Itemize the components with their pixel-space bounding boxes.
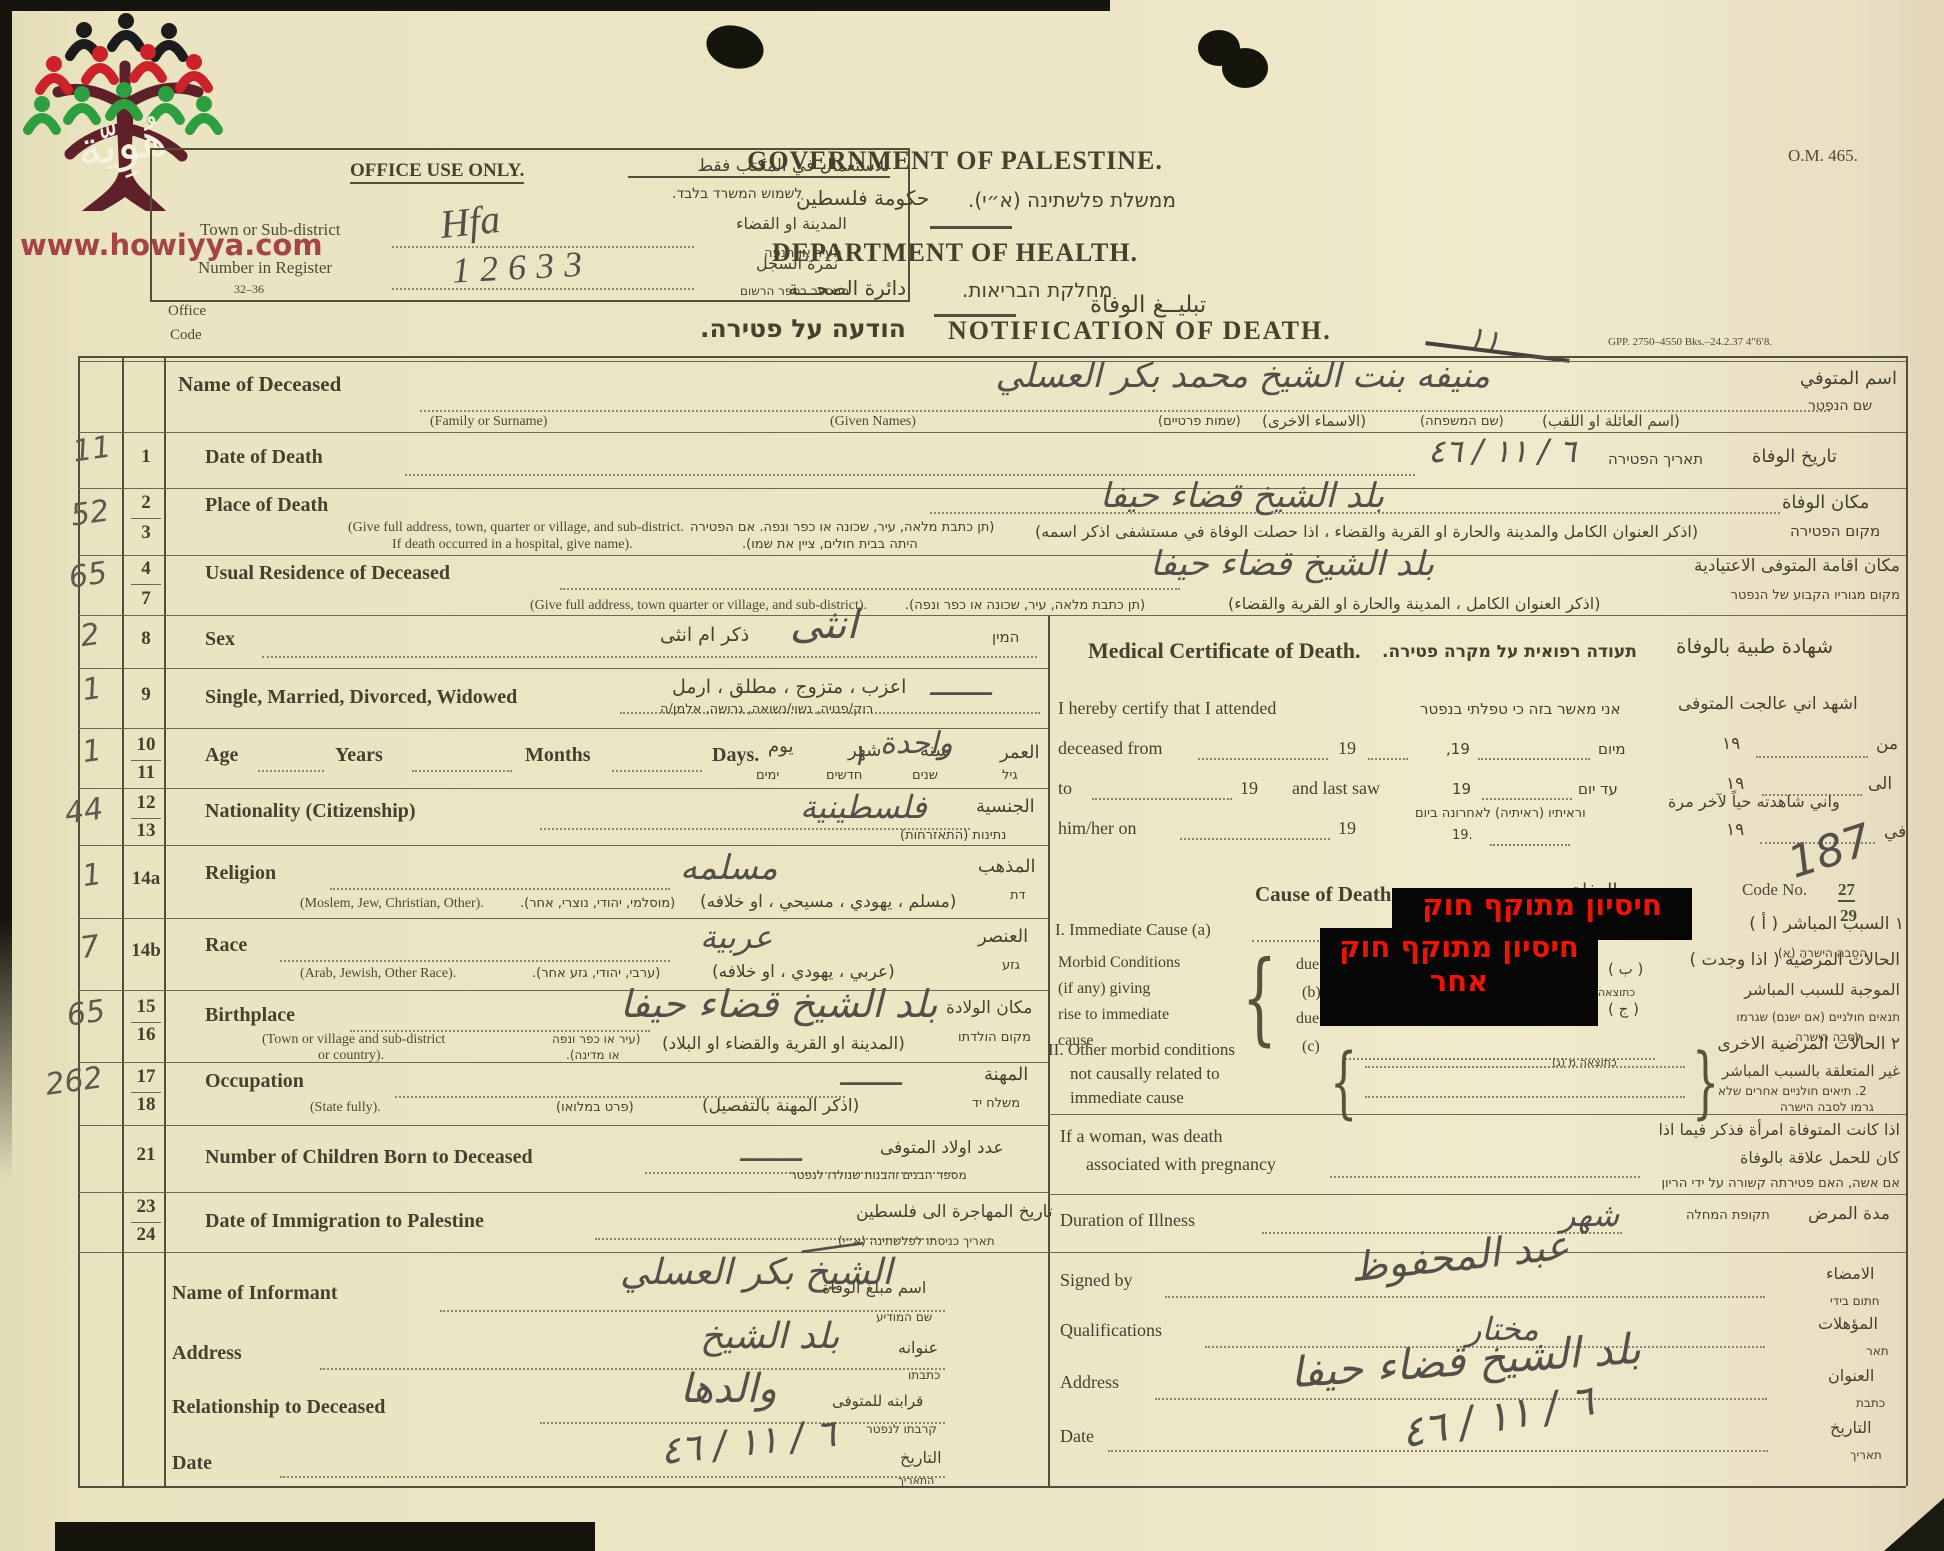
medical-year-he: 19, (1446, 740, 1470, 758)
name-sub-given-he: (שמות פרטיים) (1158, 414, 1241, 429)
num-divider (131, 760, 161, 761)
date-of-death-label: Date of Death (205, 446, 323, 469)
other-morbid-ar: ٢ الحالات المرضية الاخرى (1700, 1034, 1900, 1054)
doctor-date-he: תאריך (1850, 1448, 1882, 1462)
office-code-value: 2 (56, 614, 124, 658)
signed-by-he: חתום בידי (1830, 1294, 1880, 1308)
office-code-label-1: Office (168, 303, 206, 320)
sex-line (262, 656, 1037, 658)
office-code-value: 65 (54, 554, 122, 598)
row-number: 8 (128, 628, 164, 650)
doctor-date-ar: التاريخ (1830, 1418, 1872, 1437)
row-number: 11 (128, 762, 164, 784)
town-value: Hfa (438, 195, 503, 248)
morbid-he: תנאים חולניים (אם ישנם) שגרמו (1640, 1010, 1900, 1024)
row-line (78, 488, 1906, 489)
name-sub-other-ar: (الاسماء الاخرى) (1262, 412, 1366, 430)
gpp-print-code: GPP. 2750–4550 Bks.–24.2.37 4″6′8. (1608, 336, 1772, 348)
medical-from-ar: من (1876, 734, 1898, 754)
office-code-value: 52 (56, 492, 124, 536)
cause-result-he: כתוצאה (1598, 986, 1635, 999)
row-number: 9 (128, 684, 164, 706)
informant-address-value: بلد الشيخ (700, 1316, 839, 1357)
pregnancy-ar: كان للحمل علاقة بالوفاة (1700, 1148, 1900, 1167)
punch-hole (1222, 48, 1268, 88)
immigration-label: Date of Immigration to Palestine (205, 1210, 484, 1233)
gov-title: GOVERNMENT OF PALESTINE. (625, 146, 1285, 176)
sex-value: انثى (790, 602, 858, 648)
birthplace-sub-he: (עיר או כפר ונפה (552, 1032, 640, 1046)
num-divider (131, 1092, 161, 1093)
signed-line (1165, 1296, 1765, 1298)
row-number: 18 (128, 1094, 164, 1116)
row-number: 1 (128, 446, 164, 468)
office-code-value: 1 (58, 730, 126, 774)
immediate-cause-label: I. Immediate Cause (a) (1055, 920, 1211, 940)
medical-to-he: עד יום (1578, 780, 1618, 798)
birthplace-sub-he: או מדינה). (566, 1048, 620, 1062)
register-value: 12633 (451, 242, 593, 291)
informant-name-label: Name of Informant (172, 1282, 338, 1305)
place-sub-ar: (اذكر العنوان الكامل والمدينة والحارة او… (1035, 522, 1698, 541)
birthplace-label-ar: مكان الولادة (946, 998, 1032, 1018)
morbid-label: (if any) giving (1058, 980, 1150, 998)
register-line (392, 288, 694, 290)
religion-sub-ar: (مسلم ، يهودي ، مسيحي ، او خلافه) (700, 892, 956, 912)
medical-fi-ar: في (1884, 822, 1906, 842)
header-divider (930, 226, 1012, 229)
signed-by-label: Signed by (1060, 1270, 1133, 1291)
birthplace-sub-ar: (المدينة او القرية والقضاء او البلاد) (662, 1034, 905, 1054)
relationship-label: Relationship to Deceased (172, 1396, 385, 1419)
row-number: 12 (128, 792, 164, 814)
brace-glyph: } (1692, 1044, 1719, 1122)
row-number: 24 (128, 1224, 164, 1246)
religion-sub-en: (Moslem, Jew, Christian, Other). (300, 896, 484, 912)
num-divider (131, 584, 161, 585)
age-days-ar: يوم (768, 736, 793, 757)
medical-year: 19 (1338, 818, 1356, 839)
medical-lastsaw-en: and last saw (1292, 778, 1380, 799)
other-morbid-he: 2. תיאים חולניים אחרים שלא (1718, 1084, 1867, 1098)
age-label: Age (205, 744, 238, 767)
town-label: Town or Sub-district (200, 220, 340, 240)
other-morbid-ar: غير المتعلقة بالسبب المباشر (1672, 1062, 1900, 1080)
medical-cert-title-ar: شهادة طبية بالوفاة (1676, 634, 1833, 658)
sex-options-ar: ذكر ام انثى (660, 624, 749, 646)
medical-year-he: .19 (1452, 828, 1473, 843)
age-months-he: חדשים (826, 768, 862, 783)
birthplace-sub-en: or country). (318, 1048, 384, 1064)
brace-glyph: { (1330, 1044, 1357, 1122)
pregnancy-label: associated with pregnancy (1086, 1154, 1276, 1175)
morbid-label: rise to immediate (1058, 1006, 1169, 1024)
race-label-he: גזע (1002, 958, 1020, 973)
informant-name-he: שם המודיע (876, 1310, 932, 1324)
cause-c-ar: ( ج ) (1608, 1000, 1639, 1018)
immediate-cause-ar: ١ السبب المباشر ( أ ) (1712, 914, 1904, 934)
age-years-he: שנים (912, 768, 938, 783)
residence-line (560, 588, 1180, 590)
medical-certify-en: I hereby certify that I attended (1058, 698, 1276, 719)
row-number: 4 (128, 558, 164, 580)
medical-year: 19 (1338, 738, 1356, 759)
row-line (78, 1252, 1048, 1253)
duration-ar: مدة المرض (1808, 1204, 1890, 1224)
other-morbid-label: immediate cause (1070, 1088, 1184, 1108)
town-label-ar: المدينة او القضاء (736, 214, 847, 233)
nationality-label-ar: الجنسية (976, 796, 1035, 817)
cause-code-label: Code No. (1742, 880, 1807, 900)
informant-date-he: התאריך (898, 1474, 934, 1487)
morbid-ar: الموجبة للسبب المباشر (1680, 980, 1900, 999)
row-number: 10 (128, 734, 164, 756)
date-label-ar: تاريخ الوفاة (1752, 446, 1837, 467)
name-sub-family: (Family or Surname) (430, 414, 547, 430)
marital-value: ـــــــ (930, 668, 992, 703)
medical-line (1482, 798, 1572, 800)
informant-address-label: Address (172, 1342, 242, 1365)
age-line (258, 770, 324, 772)
relationship-value: والدها (680, 1366, 777, 1412)
date-label-he: תאריך הפטירה (1608, 450, 1703, 468)
relationship-ar: قرابته للمتوفى (832, 1392, 923, 1410)
row-number: 14b (124, 940, 168, 962)
cause-title: Cause of Death. (1255, 882, 1397, 907)
row-line (78, 615, 1906, 616)
row-number: 23 (128, 1196, 164, 1218)
residence-value: بلد الشيخ قضاء حيفا (1150, 544, 1434, 584)
occupation-label: Occupation (205, 1070, 304, 1093)
other-morbid-label: not causally related to (1070, 1064, 1220, 1084)
qualifications-he: תאר (1866, 1344, 1889, 1358)
table-border (78, 1486, 1906, 1488)
residence-label-ar: مكان اقامة المتوفى الاعتيادية (1636, 556, 1900, 576)
scan-edge-bottom (55, 1522, 595, 1551)
row-number: 2 (128, 492, 164, 514)
name-sub-family-ar: (اسم العائلة او اللقب) (1542, 412, 1680, 430)
medical-line (1490, 844, 1570, 846)
row-line (1048, 1114, 1906, 1115)
children-label-ar: عدد اولاد المتوفى (880, 1138, 1004, 1158)
medical-line (1198, 758, 1328, 760)
dept-title-ar: دائرة الصحـــة (788, 276, 906, 300)
name-sub-family-he: (שם המשפחה) (1420, 414, 1504, 429)
row-number: 21 (128, 1144, 164, 1166)
form-title: NOTIFICATION OF DEATH. (948, 316, 1332, 346)
num-divider (131, 1022, 161, 1023)
medical-cert-title-he: תעודה רפואית על מקרה פטירה. (1382, 642, 1637, 662)
medical-from-en: deceased from (1058, 738, 1162, 759)
informant-date-line (280, 1476, 945, 1478)
dept-title: DEPARTMENT OF HEALTH. (625, 238, 1285, 268)
religion-sub-he: (מוסלמי, יהודי, נוצרי, אחר). (520, 896, 675, 911)
name-label-he: שם הנפטר (1808, 398, 1872, 414)
register-label: Number in Register (198, 258, 332, 278)
sex-label: Sex (205, 628, 235, 651)
medical-from-he: מיום (1598, 740, 1626, 758)
pregnancy-line (1330, 1176, 1640, 1178)
row-line (78, 845, 1048, 846)
medical-cert-title: Medical Certificate of Death. (1088, 638, 1360, 664)
medical-year: 19 (1240, 778, 1258, 799)
office-code-value: 1 (58, 668, 126, 712)
residence-sub-he: (תן כתבת מלאה, עיר, שכונה או כפר ונפה). (905, 598, 1145, 613)
row-line (78, 1062, 1048, 1063)
office-code-value: 7 (56, 926, 124, 970)
qualifications-label: Qualifications (1060, 1320, 1162, 1341)
medical-year-he: 19 (1452, 780, 1471, 798)
occupation-value: ـــــــ (840, 1058, 902, 1093)
row-line (78, 555, 1906, 556)
residence-sub-ar: (اذكر العنوان الكامل ، المدينة والحارة ا… (1228, 594, 1600, 613)
office-code-value: 65 (52, 992, 120, 1036)
immigration-label-ar: تاريخ المهاجرة الى فلسطين (856, 1202, 1053, 1222)
birthplace-label: Birthplace (205, 1004, 295, 1027)
religion-label-ar: المذهب (978, 856, 1036, 877)
nationality-label: Nationality (Citizenship) (205, 800, 416, 823)
place-label-he: מקום הפטירה (1790, 522, 1880, 540)
name-label: Name of Deceased (178, 372, 341, 397)
other-morbid-he: גרמו לסבה הישרה (1780, 1100, 1874, 1114)
children-label-he: מספר הבנים והבנות שנולדו לנפטר (790, 1168, 967, 1182)
table-border (164, 356, 166, 1486)
date-of-death-value: ٦ / ١١ / ٤٦ (1428, 432, 1576, 470)
medical-him-he: וראיתיו (ראיתיה) לאחרונה ביום (1415, 806, 1586, 821)
place-label-ar: مكان الوفاة (1782, 492, 1869, 513)
cause-code-top: 27 (1838, 880, 1855, 902)
redaction-box: חיסיון מתוקף חוק אחר (1320, 928, 1598, 1026)
marital-label: Single, Married, Divorced, Widowed (205, 686, 517, 709)
cause-b-ar: ( ب ) (1608, 960, 1643, 978)
informant-address-line (320, 1368, 945, 1370)
children-label: Number of Children Born to Deceased (205, 1146, 533, 1169)
gov-title-he: ממשלת פלשתינה (א״י). (968, 188, 1176, 212)
nationality-label-he: נתינות (התאזרחות) (900, 828, 1006, 843)
age-months-label: Months (525, 744, 591, 767)
duration-label: Duration of Illness (1060, 1210, 1195, 1231)
row-number: 13 (128, 820, 164, 842)
age-label-he: גיל (1002, 768, 1018, 783)
medical-him-ar: واني شاهدته حياً لآخر مرة (1668, 792, 1840, 811)
num-divider (131, 818, 161, 819)
duration-he: תקופת המחלה (1686, 1208, 1770, 1223)
place-sub-en: If death occurred in a hospital, give na… (392, 537, 633, 553)
medical-certify-ar: اشهد اني عالجت المتوفى (1678, 694, 1858, 714)
age-years-label: Years (335, 744, 383, 767)
form-title-he: הודעה על פטירה. (700, 314, 906, 343)
other-morbid-label: II. Other morbid conditions (1048, 1040, 1235, 1060)
informant-date-label: Date (172, 1452, 212, 1475)
place-sub-en: (Give full address, town, quarter or vil… (348, 520, 684, 536)
gov-title-ar: حكومة فلسطين (796, 186, 929, 210)
medical-year-ar: ١٩ (1726, 774, 1744, 794)
row-line (1048, 1194, 1906, 1195)
informant-date-ar: التاريخ (900, 1448, 942, 1467)
occupation-sub-ar: (اذكر المهنة بالتفصيل) (702, 1096, 859, 1116)
row-number: 16 (128, 1024, 164, 1046)
cause-code-value: 187 (1782, 814, 1878, 888)
place-of-death-label: Place of Death (205, 494, 328, 517)
row-line (78, 668, 1048, 669)
form-title-ar: تبليــغ الوفاة (1090, 292, 1206, 318)
row-line (78, 432, 1906, 433)
office-code-value: 11 (58, 428, 126, 472)
brace-glyph: { (1242, 948, 1277, 1048)
race-label-ar: العنصر (978, 926, 1028, 947)
cause-c-label: (c) (1302, 1038, 1320, 1056)
signed-by-ar: الامضاء (1826, 1264, 1874, 1283)
table-border (1906, 356, 1908, 1486)
nationality-value: فلسطينية (800, 788, 927, 826)
scanned-death-notification-form: هُوِيّة www.howiyya.com OFFICE USE ONLY.… (0, 0, 1944, 1551)
birthplace-value: بلد الشيخ قضاء حيفا (620, 982, 938, 1026)
doctor-address-ar: العنوان (1828, 1366, 1874, 1385)
children-value: ـــــــ (740, 1134, 802, 1169)
informant-name-line (440, 1310, 945, 1312)
medical-line (1756, 756, 1868, 758)
om-number: O.M. 465. (1788, 146, 1858, 166)
medical-him-en: him/her on (1058, 818, 1137, 839)
residence-label: Usual Residence of Deceased (205, 562, 450, 585)
residence-label-he: מקום מגוריו הקבוע של הנפטר (1650, 588, 1900, 603)
marital-options-ar: اعزب ، متزوج ، مطلق ، ارمل (672, 676, 906, 698)
religion-line (330, 888, 670, 890)
row-line (78, 1125, 1048, 1126)
row-line (78, 918, 1048, 919)
office-code-value: 262 (40, 1060, 108, 1104)
scan-corner-bottom-right (1884, 1498, 1944, 1551)
doctor-date-label: Date (1060, 1426, 1094, 1447)
row-number: 14a (124, 868, 168, 890)
name-label-ar: اسم المتوفي (1800, 368, 1897, 389)
age-days-label: Days. (712, 744, 759, 767)
cause-b-label: (b) (1302, 984, 1321, 1002)
register-range: 32–36 (234, 282, 264, 297)
place-of-death-value: بلد الشيخ قضاء حيفا (1100, 476, 1384, 516)
duration-value: شهر (1560, 1196, 1619, 1234)
occupation-label-he: משלח יד (972, 1096, 1020, 1111)
age-line (612, 770, 702, 772)
scan-edge-left (0, 0, 12, 1180)
race-sub-ar: (عربي ، يهودي ، او خلافه) (712, 962, 895, 982)
pregnancy-ar: اذا كانت المتوفاة امرأة فذكر فيما اذا (1650, 1120, 1900, 1139)
other-morbid-line (1365, 1066, 1685, 1068)
row-number: 7 (128, 588, 164, 610)
row-line (78, 1192, 1048, 1193)
doctor-address-he: כתבת (1856, 1396, 1885, 1410)
qualifications-ar: المؤهلات (1818, 1314, 1878, 1333)
informant-date-value: ٦ / ١١ / ٤٦ (658, 1411, 838, 1473)
doctor-address-label: Address (1060, 1372, 1119, 1393)
relationship-he: קרבתו לנפטר (866, 1422, 937, 1436)
office-use-title: OFFICE USE ONLY. (350, 160, 524, 184)
age-line (412, 770, 512, 772)
medical-certify-he: אני מאשר בזה כי טפלתי בנפטר (1420, 700, 1621, 718)
informant-name-ar: اسم مبلغ الوفاة (822, 1278, 926, 1297)
name-value: منيفه بنت الشيخ محمد بكر العسلي (930, 356, 1490, 396)
office-code-label-2: Code (170, 327, 202, 344)
race-line (280, 960, 670, 962)
morbid-ar: الحالات المرضية ( اذا وجدت ) (1660, 950, 1900, 970)
num-divider (131, 518, 161, 519)
punch-hole (702, 19, 769, 75)
num-divider (131, 1222, 161, 1223)
religion-value: مسلمه (680, 848, 778, 888)
religion-label: Religion (205, 862, 276, 885)
marital-options-he: רוק/פנויה, נשוי/נשואה, גרושה, אלמן/ה (660, 702, 873, 717)
age-days-he: ימים (756, 768, 779, 783)
medical-line (1368, 758, 1408, 760)
place-sub-he: (תן כתבת מלאה, עיר, שכונה או כפר ונפה. א… (690, 520, 994, 535)
morbid-label: Morbid Conditions (1058, 954, 1180, 972)
office-code-value: 1 (58, 854, 126, 898)
medical-to-ar: الى (1868, 774, 1892, 794)
row-number: 15 (128, 996, 164, 1018)
other-morbid-line (1365, 1096, 1685, 1098)
place-sub-he: היתה בבית חולים, ציין את שמו). (742, 537, 918, 552)
age-value: واحدة (880, 726, 953, 761)
race-value: عربية (700, 918, 772, 956)
office-code-value: 44 (50, 790, 118, 834)
row-number: 17 (128, 1066, 164, 1088)
pregnancy-label: If a woman, was death (1060, 1126, 1222, 1147)
row-number: 3 (128, 522, 164, 544)
doctor-date-value: ٦ / ١١ / ٤٦ (1397, 1375, 1597, 1457)
race-label: Race (205, 934, 247, 957)
office-use-title-he: לשמוש המשרד בלבד. (672, 186, 802, 202)
sex-label-he: המין (992, 628, 1019, 646)
medical-line (1092, 798, 1232, 800)
race-sub-en: (Arab, Jewish, Other Race). (300, 966, 456, 982)
informant-address-he: כתבתו (908, 1368, 940, 1382)
occupation-sub-en: (State fully). (310, 1100, 381, 1116)
medical-to-en: to (1058, 778, 1072, 799)
birthplace-label-he: מקום הולדתו (958, 1030, 1031, 1045)
informant-address-ar: عنوانه (898, 1338, 938, 1357)
occupation-sub-he: (פרט במלואו) (556, 1100, 634, 1115)
medical-line (1478, 758, 1590, 760)
age-label-ar: العمر (1000, 742, 1040, 763)
medical-year-ar: ١٩ (1722, 734, 1740, 754)
birthplace-sub-en: (Town or village and sub-district (262, 1032, 445, 1048)
name-sub-given: (Given Names) (830, 414, 916, 430)
immigration-label-he: תאריך כניסתו לפלשתינה (א״י) (838, 1234, 995, 1248)
race-sub-he: (ערבי, יהודי, גזע אחר). (532, 966, 660, 981)
religion-label-he: דת (1010, 888, 1026, 903)
medical-line (1180, 838, 1330, 840)
pregnancy-he: אם אשה, האם פטירתה קשורה על ידי הריון (1620, 1176, 1900, 1191)
medical-year-ar: ١٩ (1726, 820, 1744, 840)
occupation-label-ar: المهنة (984, 1064, 1028, 1085)
